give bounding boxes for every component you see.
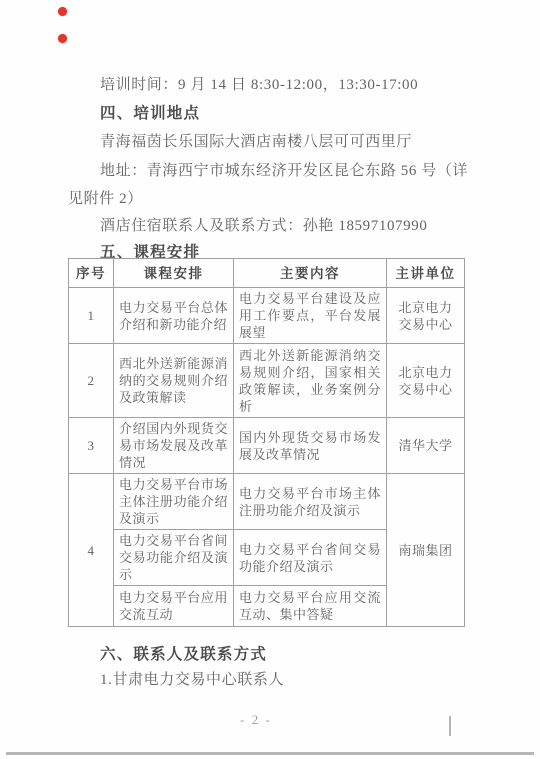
venue-line: 青海福茵长乐国际大酒店南楼八层可可西里厅 [100,133,412,152]
scan-bottom-edge [6,752,534,755]
row4a-course: 电力交易平台市场主体注册功能介绍及演示 [114,474,234,530]
table-row: 3 介绍国内外现货交易市场发展及改革情况 国内外现货交易市场发展及改革情况 清华… [69,418,465,474]
row4b-course: 电力交易平台省间交易功能介绍及演示 [114,530,234,586]
row1-no: 1 [69,288,114,344]
training-time-line: 培训时间：9 月 14 日 8:30-12:00，13:30-17:00 [100,76,418,95]
row4-unit: 南瑞集团 [387,474,465,627]
table-header-row: 序号 课程安排 主要内容 主讲单位 [69,259,465,288]
row2-unit: 北京电力交易中心 [387,344,465,418]
scan-edge-mark [449,716,451,736]
red-stamp-dot-icon [58,7,67,16]
table-row: 4 电力交易平台市场主体注册功能介绍及演示 电力交易平台市场主体注册功能介绍及演… [69,474,465,530]
row3-unit: 清华大学 [387,418,465,474]
contact-item-line: 1.甘肃电力交易中心联系人 [100,671,284,690]
course-schedule-table: 序号 课程安排 主要内容 主讲单位 1 电力交易平台总体介绍和新功能介绍 电力交… [68,258,465,627]
table-row: 2 西北外送新能源消纳的交易规则介绍及政策解读 西北外送新能源消纳交易规则介绍，… [69,344,465,418]
section-4-heading: 四、培训地点 [100,104,200,123]
row2-no: 2 [69,344,114,418]
address-line-1: 地址：青海西宁市城东经济开发区昆仑东路 56 号（详 [100,162,468,181]
scanned-document-page: 培训时间：9 月 14 日 8:30-12:00，13:30-17:00 四、培… [0,0,540,759]
row2-content: 西北外送新能源消纳交易规则介绍，国家相关政策解读，业务案例分析 [234,344,387,418]
col-header-content: 主要内容 [234,259,387,288]
row4a-content: 电力交易平台市场主体注册功能介绍及演示 [234,474,387,530]
col-header-unit: 主讲单位 [387,259,465,288]
address-line-2: 见附件 2） [68,190,143,209]
row2-course: 西北外送新能源消纳的交易规则介绍及政策解读 [114,344,234,418]
row3-content: 国内外现货交易市场发展及改革情况 [234,418,387,474]
row4c-course: 电力交易平台应用交流互动 [114,586,234,627]
row1-course: 电力交易平台总体介绍和新功能介绍 [114,288,234,344]
col-header-course: 课程安排 [114,259,234,288]
col-header-no: 序号 [69,259,114,288]
page-number: - 2 - [0,712,512,728]
row3-course: 介绍国内外现货交易市场发展及改革情况 [114,418,234,474]
row4b-content: 电力交易平台省间交易功能介绍及演示 [234,530,387,586]
row3-no: 3 [69,418,114,474]
section-6-heading: 六、联系人及联系方式 [100,645,267,664]
hotel-contact-line: 酒店住宿联系人及联系方式：孙艳 18597107990 [100,217,427,236]
row1-content: 电力交易平台建设及应用工作要点，平台发展展望 [234,288,387,344]
row4-no: 4 [69,474,114,627]
row4c-content: 电力交易平台应用交流互动、集中答疑 [234,586,387,627]
red-stamp-dot-icon [58,34,67,43]
table-row: 1 电力交易平台总体介绍和新功能介绍 电力交易平台建设及应用工作要点，平台发展展… [69,288,465,344]
row1-unit: 北京电力交易中心 [387,288,465,344]
